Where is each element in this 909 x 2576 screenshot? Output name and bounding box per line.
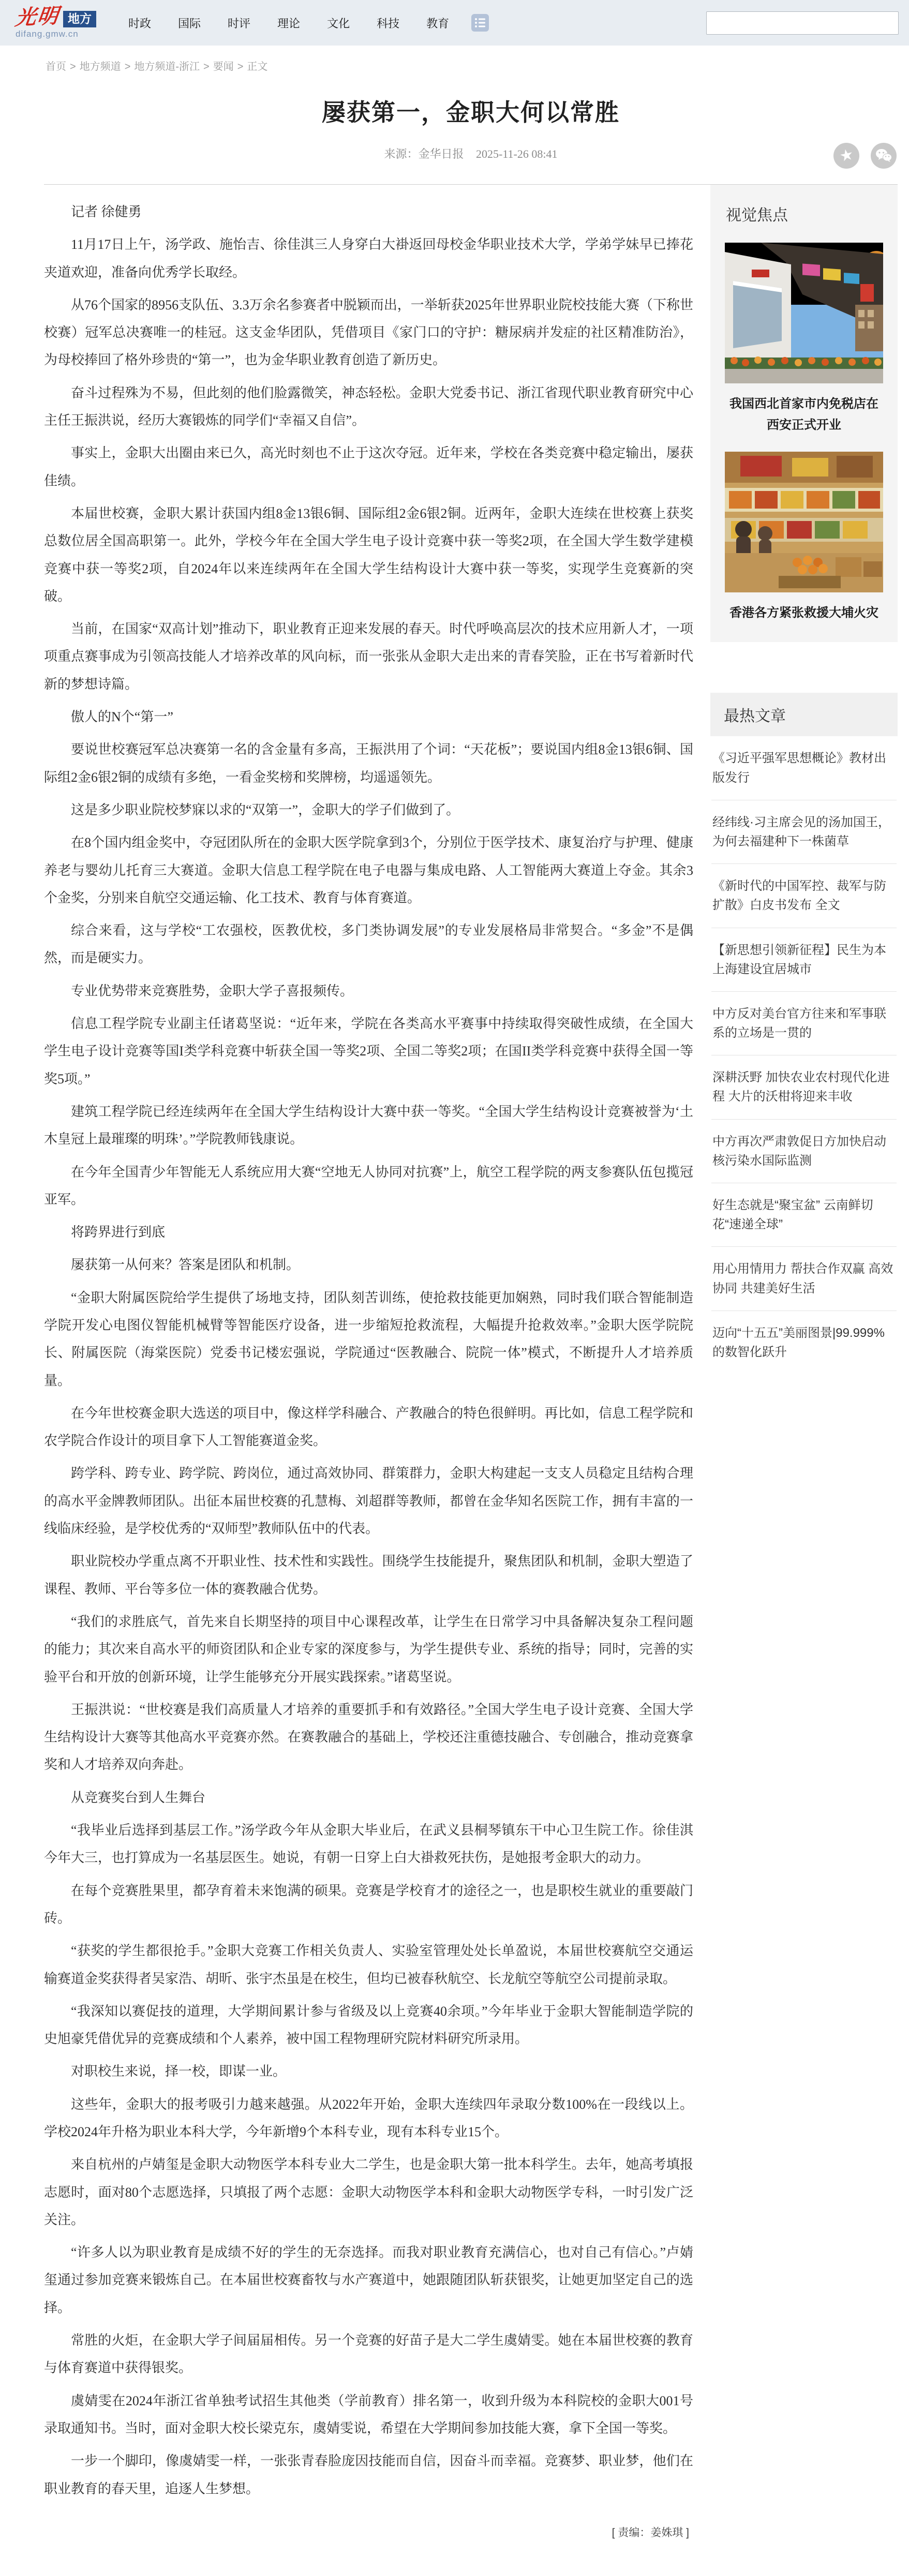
article-paragraph: 综合来看，这与学校“工农强校，医教优校，多门类协调发展”的专业发展格局非常契合。… — [44, 917, 693, 972]
nav-item[interactable]: 文化 — [327, 15, 350, 31]
article-paragraph: “获奖的学生都很抢手。”金职大竞赛工作相关负责人、实验室管理处处长单盈说，本届世… — [44, 1937, 693, 1992]
hot-articles-header: 最热文章 — [710, 693, 898, 736]
visual-focus-item: 香港各方紧张救援大埔火灾 — [725, 452, 883, 624]
article-paragraph: “我们的求胜底气，首先来自长期坚持的项目中心课程改革，让学生在日常学习中具备解决… — [44, 1608, 693, 1691]
article-source: 来源：金华日报 — [384, 147, 464, 160]
visual-focus-caption[interactable]: 我国西北首家市内免税店在西安正式开业 — [726, 394, 882, 436]
breadcrumb-item[interactable]: 要闻 — [213, 61, 247, 72]
main-content: 记者 徐健勇11月17日上午，汤学政、施怡吉、徐佳淇三人身穿白大褂返回母校金华职… — [0, 185, 909, 2576]
logo-difang-badge: 地方 — [63, 11, 96, 27]
hot-article-item[interactable]: 好生态就是“聚宝盆” 云南鲜切花“速递全球” — [711, 1183, 897, 1247]
article-paragraph: 11月17日上午，汤学政、施怡吉、徐佳淇三人身穿白大褂返回母校金华职业技术大学，… — [44, 231, 693, 286]
article-column: 记者 徐健勇11月17日上午，汤学政、施怡吉、徐佳淇三人身穿白大褂返回母校金华职… — [44, 185, 693, 2576]
article-paragraph: 傲人的N个“第一” — [44, 703, 693, 731]
nav-item[interactable]: 国际 — [178, 15, 201, 31]
menu-list-icon[interactable] — [471, 13, 489, 32]
article-meta: 来源：金华日报 2025-11-26 08:41 — [44, 145, 898, 161]
page-title: 屡获第一，金职大何以常胜 — [44, 94, 898, 128]
hot-article-item[interactable]: 《习近平强军思想概论》教材出版发行 — [711, 736, 897, 800]
hot-article-item[interactable]: 迈向“十五五”美丽图景|99.999%的数智化跃升 — [711, 1311, 897, 1374]
article-paragraph: 奋斗过程殊为不易，但此刻的他们脸露微笑，神态轻松。金职大党委书记、浙江省现代职业… — [44, 379, 693, 435]
article-body: 记者 徐健勇11月17日上午，汤学政、施怡吉、徐佳淇三人身穿白大褂返回母校金华职… — [44, 198, 693, 2503]
nav-item[interactable]: 教育 — [426, 15, 449, 31]
article-paragraph: 职业院校办学重点离不开职业性、技术性和实践性。围绕学生技能提升，聚焦团队和机制，… — [44, 1547, 693, 1603]
editor-credit: [ 责编：姜姝琪 ] — [44, 2524, 689, 2540]
nav-item[interactable]: 理论 — [277, 15, 300, 31]
site-header: 光明 地方 difang.gmw.cn 时政国际时评理论文化科技教育 — [0, 0, 909, 46]
breadcrumb-item[interactable]: 首页 — [46, 61, 80, 72]
qzone-share-icon[interactable]: ★ — [833, 143, 859, 169]
visual-focus-item: 我国西北首家市内免税店在西安正式开业 — [725, 243, 883, 436]
article-paragraph: “我深知以赛促技的道理，大学期间累计参与省级及以上竞赛40余项。”今年毕业于金职… — [44, 1998, 693, 2053]
visual-focus-title: 视觉焦点 — [726, 202, 883, 225]
logo-guangming-script: 光明 — [14, 5, 61, 28]
nav-item[interactable]: 科技 — [377, 15, 399, 31]
hot-articles-list: 《习近平强军思想概论》教材出版发行经纬线·习主席会见的汤加国王，为何去福建种下一… — [710, 736, 898, 1374]
sidebar: 视觉焦点 — [710, 185, 898, 1374]
article-paragraph: 从76个国家的8956支队伍、3.3万余名参赛者中脱颖而出，一举斩获2025年世… — [44, 291, 693, 374]
hot-articles-panel: 最热文章 《习近平强军思想概论》教材出版发行经纬线·习主席会见的汤加国王，为何去… — [710, 693, 898, 1374]
wechat-share-icon[interactable] — [871, 143, 897, 169]
hot-article-item[interactable]: 《新时代的中国军控、裁军与防扩散》白皮书发布 全文 — [711, 864, 897, 928]
article-datetime: 2025-11-26 08:41 — [476, 147, 557, 160]
article-paragraph: 来自杭州的卢婧玺是金职大动物医学本科专业大二学生，也是金职大第一批本科学生。去年… — [44, 2151, 693, 2233]
visual-focus-panel: 视觉焦点 — [710, 185, 898, 642]
article-paragraph: 王振洪说：“世校赛是我们高质量人才培养的重要抓手和有效路径。”全国大学生电子设计… — [44, 1696, 693, 1779]
main-nav: 时政国际时评理论文化科技教育 — [128, 15, 449, 31]
article-paragraph: “我毕业后选择到基层工作。”汤学政今年从金职大毕业后，在武义县桐琴镇东干中心卫生… — [44, 1816, 693, 1872]
breadcrumb: 首页地方频道地方频道-浙江要闻正文 — [0, 46, 909, 77]
article-paragraph: 在今年全国青少年智能无人系统应用大赛“空地无人协同对抗赛”上，航空工程学院的两支… — [44, 1158, 693, 1214]
breadcrumb-item[interactable]: 正文 — [247, 61, 267, 72]
article-paragraph: 在每个竞赛胜果里，都孕育着未来饱满的硕果。竞赛是学校育才的途径之一，也是职校生就… — [44, 1877, 693, 1932]
article-paragraph: 在8个国内组金奖中，夺冠团队所在的金职大医学院拿到3个，分别位于医学技术、康复治… — [44, 829, 693, 912]
share-row: ★ — [833, 143, 897, 169]
dutyfree-store-photo[interactable] — [725, 243, 883, 383]
article-paragraph: 常胜的火炬，在金职大学子间届届相传。另一个竞赛的好苗子是大二学生虞婧雯。她在本届… — [44, 2327, 693, 2382]
hot-article-item[interactable]: 中方反对美台官方往来和军事联系的立场是一贯的 — [711, 992, 897, 1055]
article-paragraph: 虞婧雯在2024年浙江省单独考试招生其他类（学前教育）排名第一，收到升级为本科院… — [44, 2387, 693, 2443]
article-paragraph: 建筑工程学院已经连续两年在全国大学生结构设计大赛中获一等奖。“全国大学生结构设计… — [44, 1098, 693, 1153]
hot-article-item[interactable]: 深耕沃野 加快农业农村现代化进程 大片的沃柑将迎来丰收 — [711, 1055, 897, 1119]
nav-item[interactable]: 时政 — [128, 15, 151, 31]
article-paragraph: 事实上，金职大出圈由来已久，高光时刻也不止于这次夺冠。近年来，学校在各类竞赛中稳… — [44, 439, 693, 495]
hot-articles-title: 最热文章 — [724, 708, 786, 725]
article-paragraph: 当前，在国家“双高计划”推动下，职业教育正迎来发展的春天。时代呼唤高层次的技术应… — [44, 615, 693, 698]
article-paragraph: 本届世校赛，金职大累计获国内组8金13银6铜、国际组2金6银2铜。近两年，金职大… — [44, 500, 693, 610]
article-paragraph: “许多人以为职业教育是成绩不好的学生的无奈选择。而我对职业教育充满信心，也对自己… — [44, 2239, 693, 2321]
article-paragraph: 这是多少职业院校梦寐以求的“双第一”，金职大的学子们做到了。 — [44, 796, 693, 824]
relief-supplies-photo[interactable] — [725, 452, 883, 592]
article-paragraph: 将跨界进行到底 — [44, 1218, 693, 1246]
article-paragraph: 这些年，金职大的报考吸引力越来越强。从2022年开始，金职大连续四年录取分数10… — [44, 2091, 693, 2146]
article-title-band: 屡获第一，金职大何以常胜 来源：金华日报 2025-11-26 08:41 ★ — [44, 77, 898, 185]
article-paragraph: 信息工程学院专业副主任诸葛坚说：“近年来，学院在各类高水平赛事中持续取得突破性成… — [44, 1010, 693, 1093]
search-input[interactable] — [706, 11, 899, 35]
article-paragraph: 对职校生来说，择一校，即谋一业。 — [44, 2058, 693, 2085]
hot-article-item[interactable]: 中方再次严肃敦促日方加快启动核污染水国际监测 — [711, 1120, 897, 1183]
visual-focus-caption[interactable]: 香港各方紧张救援大埔火灾 — [726, 603, 882, 624]
hot-article-item[interactable]: 用心用情用力 帮扶合作双赢 高效协同 共建美好生活 — [711, 1247, 897, 1311]
article-paragraph: 在今年世校赛金职大选送的项目中，像这样学科融合、产教融合的特色很鲜明。再比如，信… — [44, 1399, 693, 1455]
article-paragraph: 记者 徐健勇 — [44, 198, 693, 226]
logo-domain-text: difang.gmw.cn — [16, 29, 96, 39]
hot-article-item[interactable]: 【新思想引领新征程】民生为本 上海建设宜居城市 — [711, 928, 897, 992]
nav-item[interactable]: 时评 — [228, 15, 250, 31]
breadcrumb-item[interactable]: 地方频道 — [80, 61, 135, 72]
article-paragraph: 屡获第一从何来？答案是团队和机制。 — [44, 1251, 693, 1278]
article-paragraph: 一步一个脚印，像虞婧雯一样，一张张青春脸庞因技能而自信，因奋斗而幸福。竞赛梦、职… — [44, 2447, 693, 2503]
article-paragraph: 专业优势带来竞赛胜势，金职大学子喜报频传。 — [44, 977, 693, 1005]
site-logo[interactable]: 光明 地方 difang.gmw.cn — [16, 7, 96, 39]
hot-article-item[interactable]: 经纬线·习主席会见的汤加国王，为何去福建种下一株菌草 — [711, 800, 897, 864]
article-paragraph: 跨学科、跨专业、跨学院、跨岗位，通过高效协同、群策群力，金职大构建起一支支人员稳… — [44, 1460, 693, 1542]
article-paragraph: 要说世校赛冠军总决赛第一名的含金量有多高，王振洪用了个词：“天花板”；要说国内组… — [44, 736, 693, 791]
article-paragraph: “金职大附属医院给学生提供了场地支持，团队刻苦训练，使抢救技能更加娴熟，同时我们… — [44, 1284, 693, 1394]
article-paragraph: 从竞赛奖台到人生舞台 — [44, 1784, 693, 1811]
breadcrumb-item[interactable]: 地方频道-浙江 — [134, 61, 213, 72]
